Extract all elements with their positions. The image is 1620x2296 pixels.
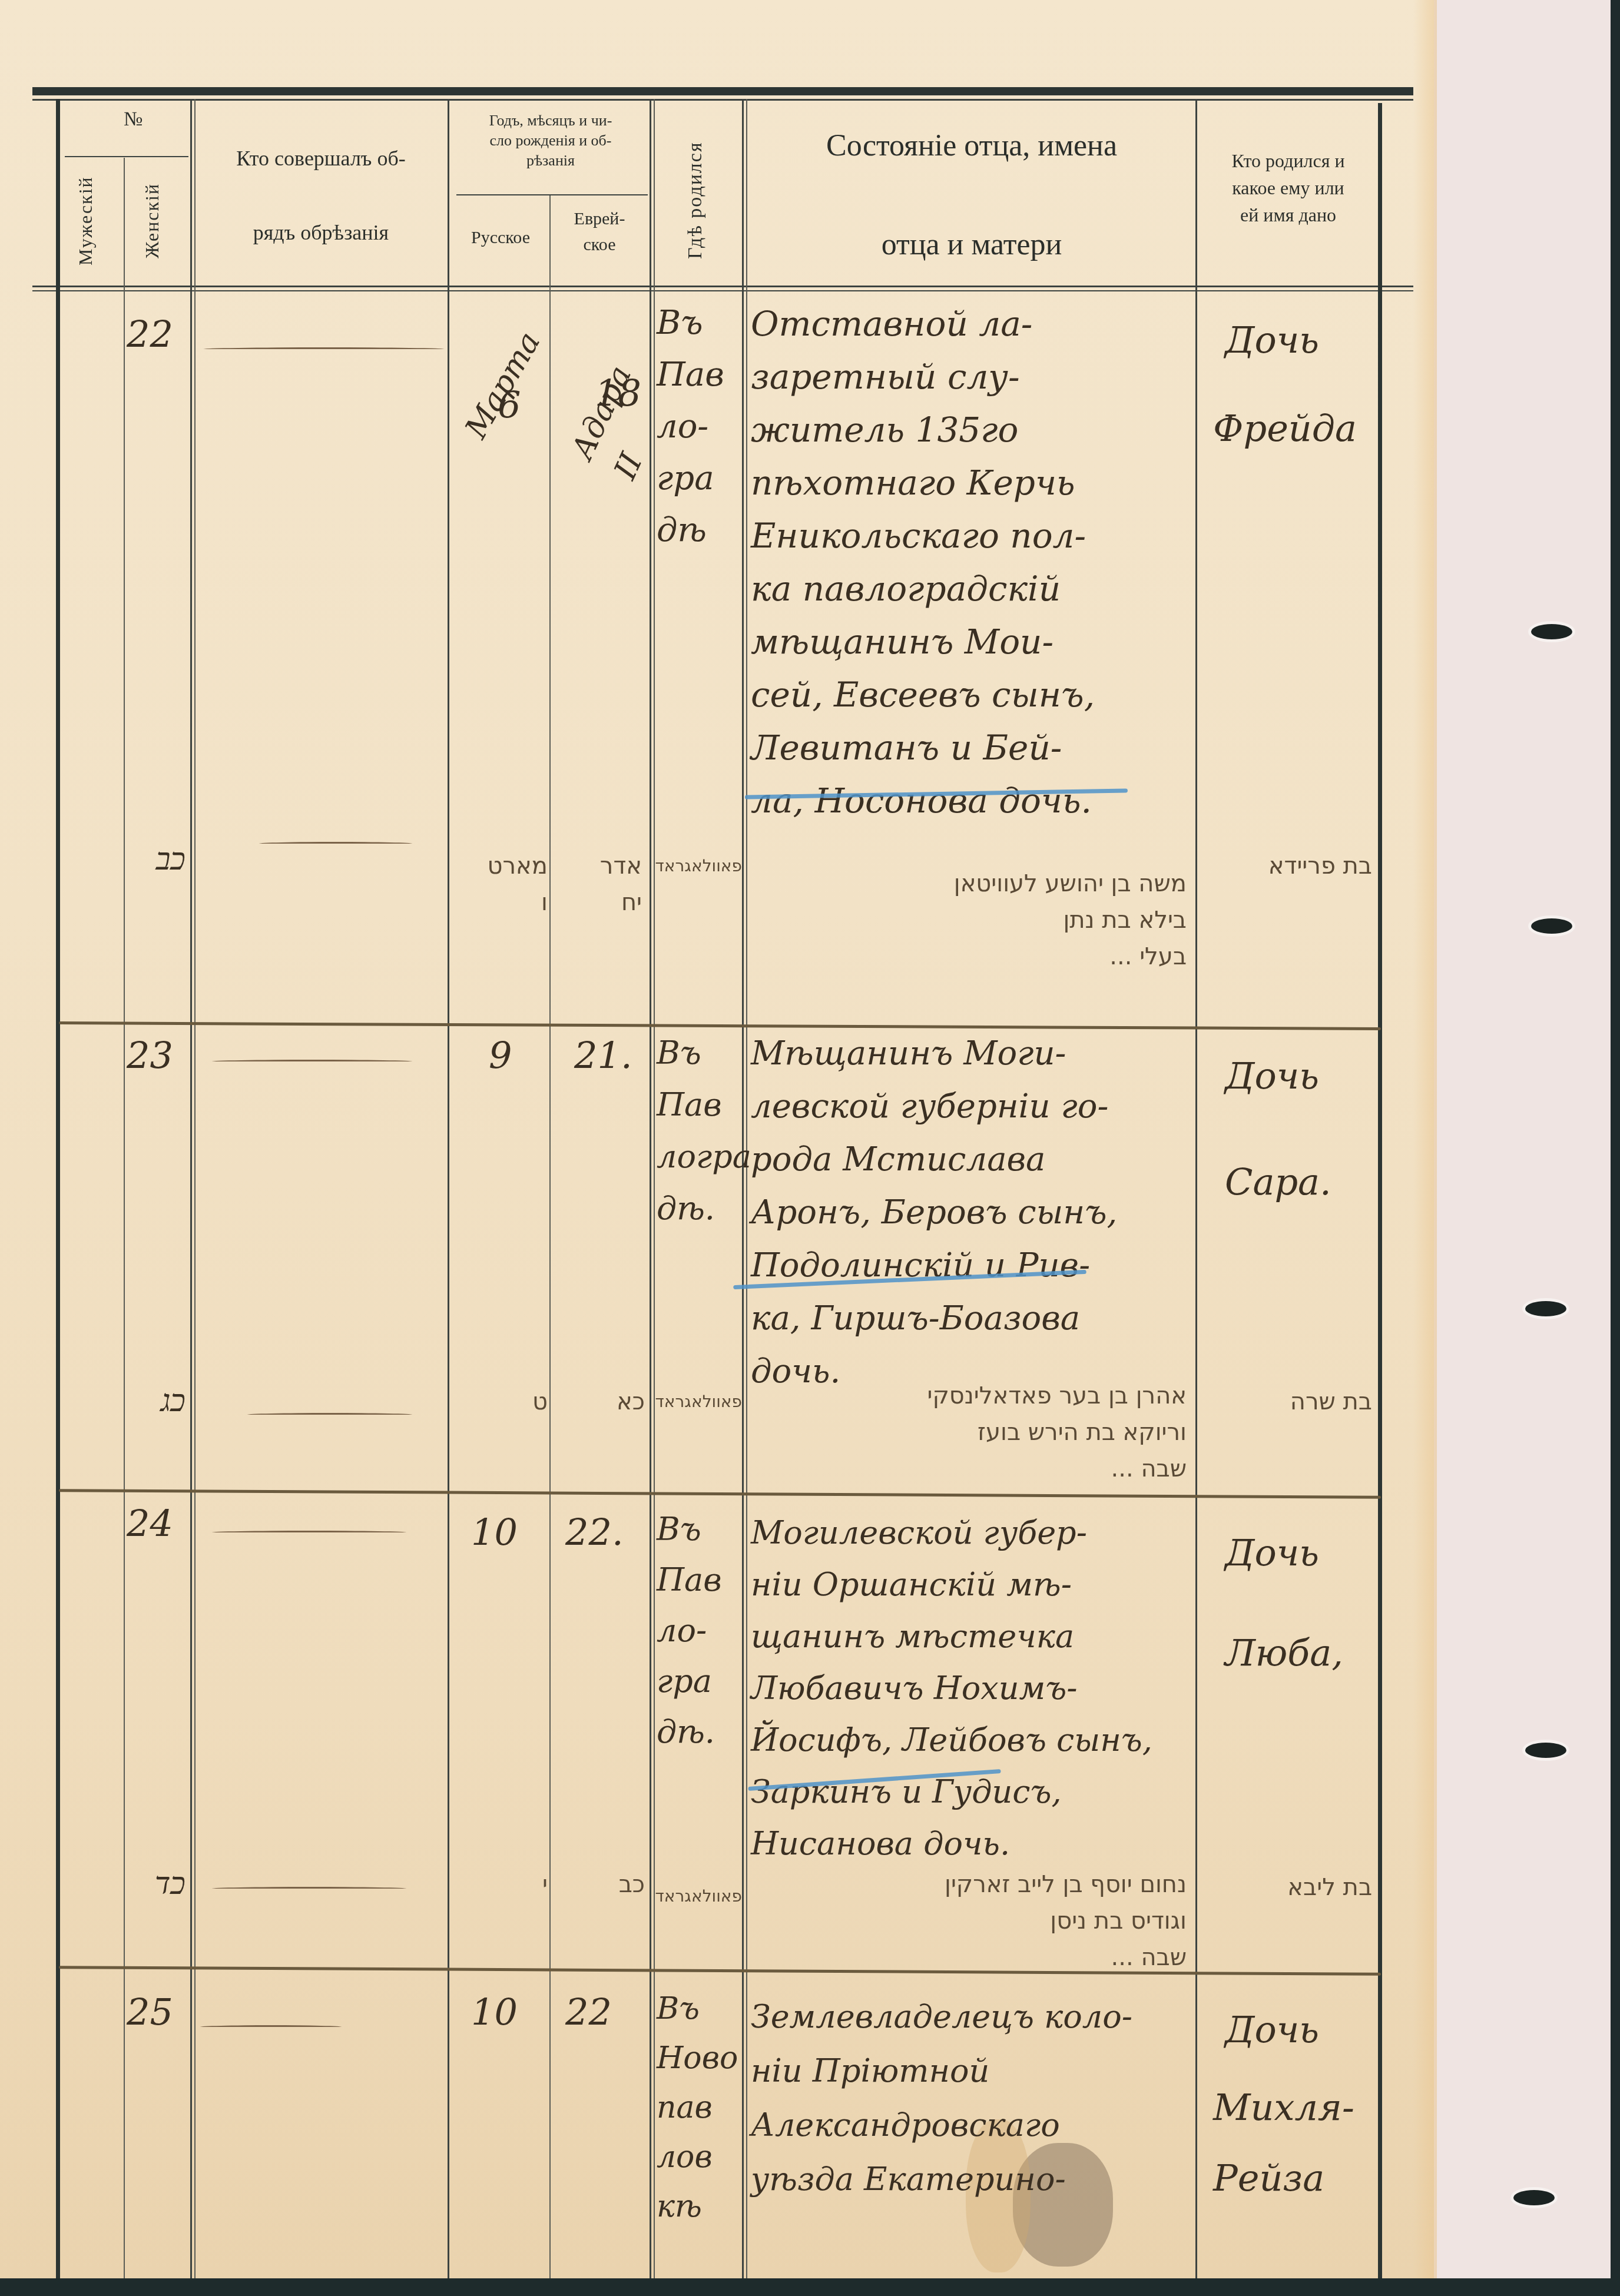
number-header-split (65, 156, 188, 157)
child-name: Фрейда (1213, 400, 1372, 457)
binding-hole-icon (1531, 624, 1572, 639)
col-divider (124, 158, 125, 2278)
child-hebrew: בת פריידא (1201, 848, 1372, 884)
date-header-split (456, 194, 648, 195)
child-label: Дочь (1225, 312, 1372, 369)
header-birthplace: Гдѣ родился (683, 121, 718, 280)
header-male: Мужескій (74, 165, 109, 277)
table-left-border (56, 99, 60, 2278)
date-russian: 10 (471, 1984, 542, 2040)
date-russian-hebrew: י (471, 1866, 548, 1903)
date-jewish-hebrew: כב (556, 1866, 645, 1903)
birthplace: Въ Пав логра дѣ. (657, 1027, 745, 1235)
binding-hole-icon (1513, 2190, 1555, 2205)
date-russian: 9 (489, 1027, 548, 1084)
parents-hebrew: אהרן בן בער פאדאלינסקי וריוקא בת הירש בו… (751, 1378, 1187, 1487)
col-divider (746, 99, 747, 2278)
entry-number-hebrew: כד (132, 1860, 185, 1907)
parents: Землевладелецъ коло- ніи Пріютной Алекса… (751, 1990, 1198, 2207)
entry-number: 23 (127, 1027, 191, 1084)
date-russian: 6 (498, 377, 545, 433)
scan-border-bottom (0, 2278, 1620, 2296)
col-divider (448, 99, 449, 2278)
performer-dash (259, 842, 412, 845)
parents: Могилевской губер- ніи Оршанскій мѣ- щан… (751, 1507, 1198, 1870)
entry-number: 25 (127, 1984, 191, 2040)
child-name: Михля- Рейза (1213, 2072, 1372, 2214)
entry-number-hebrew: כב (132, 836, 185, 883)
date-jewish: 18 (595, 365, 648, 422)
scan-border-right (1611, 0, 1620, 2296)
header-top-rule-thin (32, 99, 1413, 101)
date-jewish: 22. (565, 1504, 648, 1561)
birthplace: Въ Ново пав лов кѣ (657, 1984, 745, 2231)
child-label: Дочь (1225, 1048, 1372, 1104)
header-bottom-rule (32, 286, 1413, 287)
date-jewish: 21. (574, 1027, 651, 1084)
child-label: Дочь (1225, 1525, 1372, 1581)
birthplace: Въ Пав ло- гра дѣ. (657, 1504, 745, 1757)
binding-hole-icon (1525, 1743, 1566, 1758)
header-parents: Состояніе отца, имена отца и матери (751, 130, 1192, 261)
date-russian: 10 (471, 1504, 542, 1561)
entry-number: 24 (127, 1495, 191, 1552)
parents-hebrew: משה בן יהושע לעוויטאן בילא בת נתן בעלי .… (751, 865, 1187, 975)
birthplace-hebrew: פאוולאגראד (654, 848, 742, 884)
child-hebrew: בת שרה (1201, 1383, 1372, 1420)
date-jewish: 22 (565, 1984, 648, 2040)
col-divider (549, 194, 551, 2278)
date-jewish-hebrew: כא (556, 1383, 645, 1420)
col-divider (190, 99, 192, 2278)
birthplace: Въ Пав ло- гра дѣ (657, 297, 745, 556)
entry-number-hebrew: כג (132, 1378, 185, 1425)
performer-dash (247, 1413, 412, 1416)
table-right-border (1378, 103, 1382, 2278)
child-name: Люба, (1225, 1625, 1378, 1681)
birthplace-hebrew: פאוולאגראד (654, 1878, 742, 1915)
header-child: Кто родился и какое ему или ей имя дано (1201, 147, 1375, 228)
entry-number: 22 (127, 306, 191, 363)
header-female: Женскій (140, 165, 175, 277)
page-edge-shadow (1413, 0, 1437, 2278)
header-date-group: Годъ, мѣсяцъ и чи- сло рожденія и об- рѣ… (453, 111, 648, 171)
child-hebrew: בת ליבא (1201, 1869, 1372, 1906)
binding-hole-icon (1525, 1301, 1566, 1316)
binding-hole-icon (1531, 918, 1572, 934)
parents-hebrew: נחום יוסף בן לייב זארקין וגודיס בת ניסן … (751, 1866, 1187, 1976)
date-jewish-hebrew: אדר יח (554, 848, 642, 921)
header-number: № (124, 107, 141, 132)
date-russian-hebrew: ט (471, 1383, 548, 1420)
header-date-russian: Русское (453, 227, 548, 249)
header-performer: Кто совершалъ об- рядъ обрѣзанія (200, 146, 442, 245)
performer-dash (212, 1887, 406, 1890)
child-label: Дочь (1225, 2002, 1372, 2058)
header-bottom-rule-thin (32, 290, 1413, 291)
header-top-rule (32, 87, 1413, 95)
birthplace-hebrew: פאוולאגראד (654, 1383, 742, 1420)
performer-dash (212, 1531, 406, 1534)
child-name: Сара. (1225, 1154, 1372, 1210)
parents: Отставной ла- заретный слу- житель 135го… (751, 297, 1198, 827)
performer-dash (212, 1060, 412, 1063)
date-russian-hebrew: מארט ו (465, 848, 548, 921)
performer-dash (200, 2025, 342, 2029)
performer-dash (203, 347, 445, 351)
header-date-jewish: Еврей- ское (552, 206, 647, 258)
parents: Мѣщанинъ Моги- левской губерніи го- рода… (751, 1027, 1198, 1398)
col-divider (194, 99, 196, 2278)
